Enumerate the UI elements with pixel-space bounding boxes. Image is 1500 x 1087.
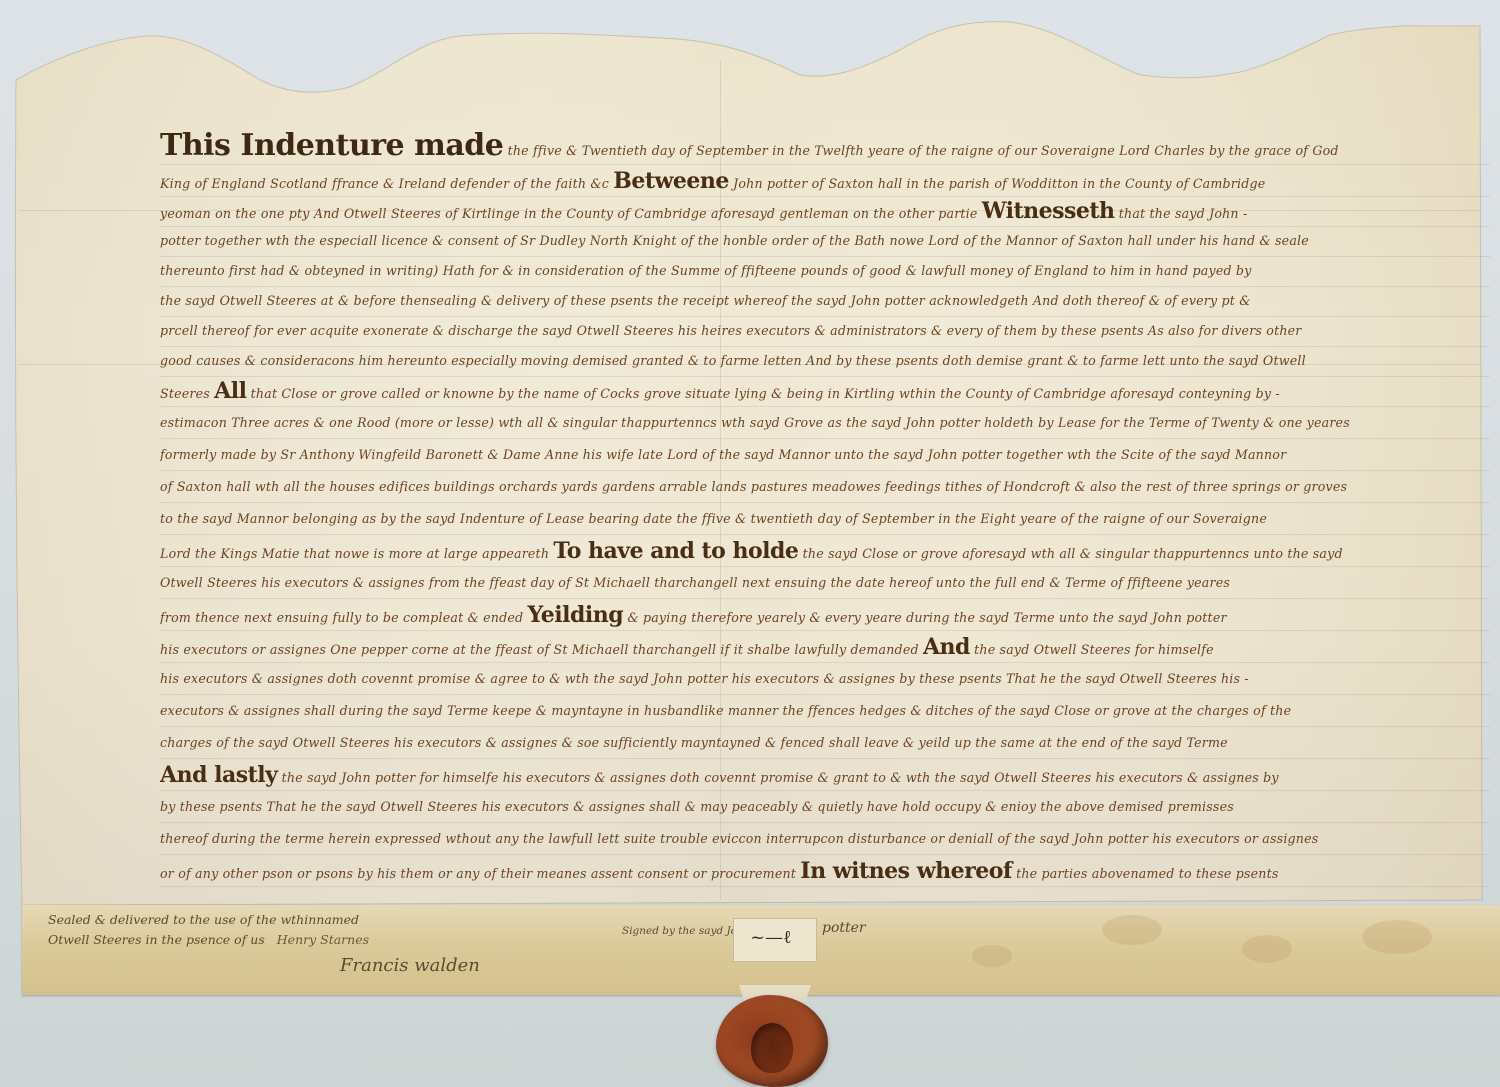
opening-words: This Indenture made [160,128,503,163]
text-line: This Indenture made the ffive & Twentiet… [160,128,1490,165]
seal-tag-label: ~—ℓ [733,918,817,962]
emphasis-word: And lastly [160,762,277,788]
emphasis-word: Yeilding [528,602,624,628]
text-line: Steeres All that Close or grove called o… [160,376,1490,407]
text-line: from thence next ensuing fully to be com… [160,600,1490,631]
wax-seal [716,995,828,1087]
text-line: of Saxton hall wth all the houses edific… [160,472,1490,503]
text-line: thereunto first had & obteyned in writin… [160,256,1490,287]
text-line: his executors or assignes One pepper cor… [160,632,1490,663]
text-line: the sayd Otwell Steeres at & before then… [160,286,1490,317]
text-line: or of any other pson or psons by his the… [160,856,1490,887]
seal-impression [751,1023,793,1073]
emphasis-word: And [923,634,970,660]
text-line: thereof during the terme herein expresse… [160,824,1490,855]
text-line: executors & assignes shall during the sa… [160,696,1490,727]
text-line: his executors & assignes doth covennt pr… [160,664,1490,695]
signers-mark: ~—ℓ [750,927,792,948]
witness-signature: Francis walden [340,955,480,976]
text-line: estimacon Three acres & one Rood (more o… [160,408,1490,439]
emphasis-word: Betweene [613,168,729,194]
text-line: potter together wth the especiall licenc… [160,226,1490,257]
attestation-line-1: Sealed & delivered to the use of the wth… [48,912,359,927]
emphasis-word: Witnesseth [982,198,1115,224]
text-line: charges of the sayd Otwell Steeres his e… [160,728,1490,759]
attestation-line-2: Otwell Steeres in the psence of us Henry… [48,932,369,947]
text-line: Lord the Kings Matie that nowe is more a… [160,536,1490,567]
emphasis-word: All [214,378,246,404]
text-line: King of England Scotland ffrance & Irela… [160,166,1490,197]
text-line: And lastly the sayd John potter for hims… [160,760,1490,791]
text-line: Otwell Steeres his executors & assignes … [160,568,1490,599]
signer-surname: potter [822,920,866,936]
text-line: to the sayd Mannor belonging as by the s… [160,504,1490,535]
text-line: formerly made by Sr Anthony Wingfeild Ba… [160,440,1490,471]
text-line: yeoman on the one pty And Otwell Steeres… [160,196,1490,227]
text-line: good causes & consideracons him hereunto… [160,346,1490,377]
emphasis-word: In witnes whereof [800,858,1012,884]
emphasis-word: To have and to holde [553,538,798,564]
signed-by-label: Signed by the sayd John [622,925,751,937]
witness-signature: Henry Starnes [277,932,369,947]
text-line: prcell thereof for ever acquite exonerat… [160,316,1490,347]
text-line: by these psents That he the sayd Otwell … [160,792,1490,823]
